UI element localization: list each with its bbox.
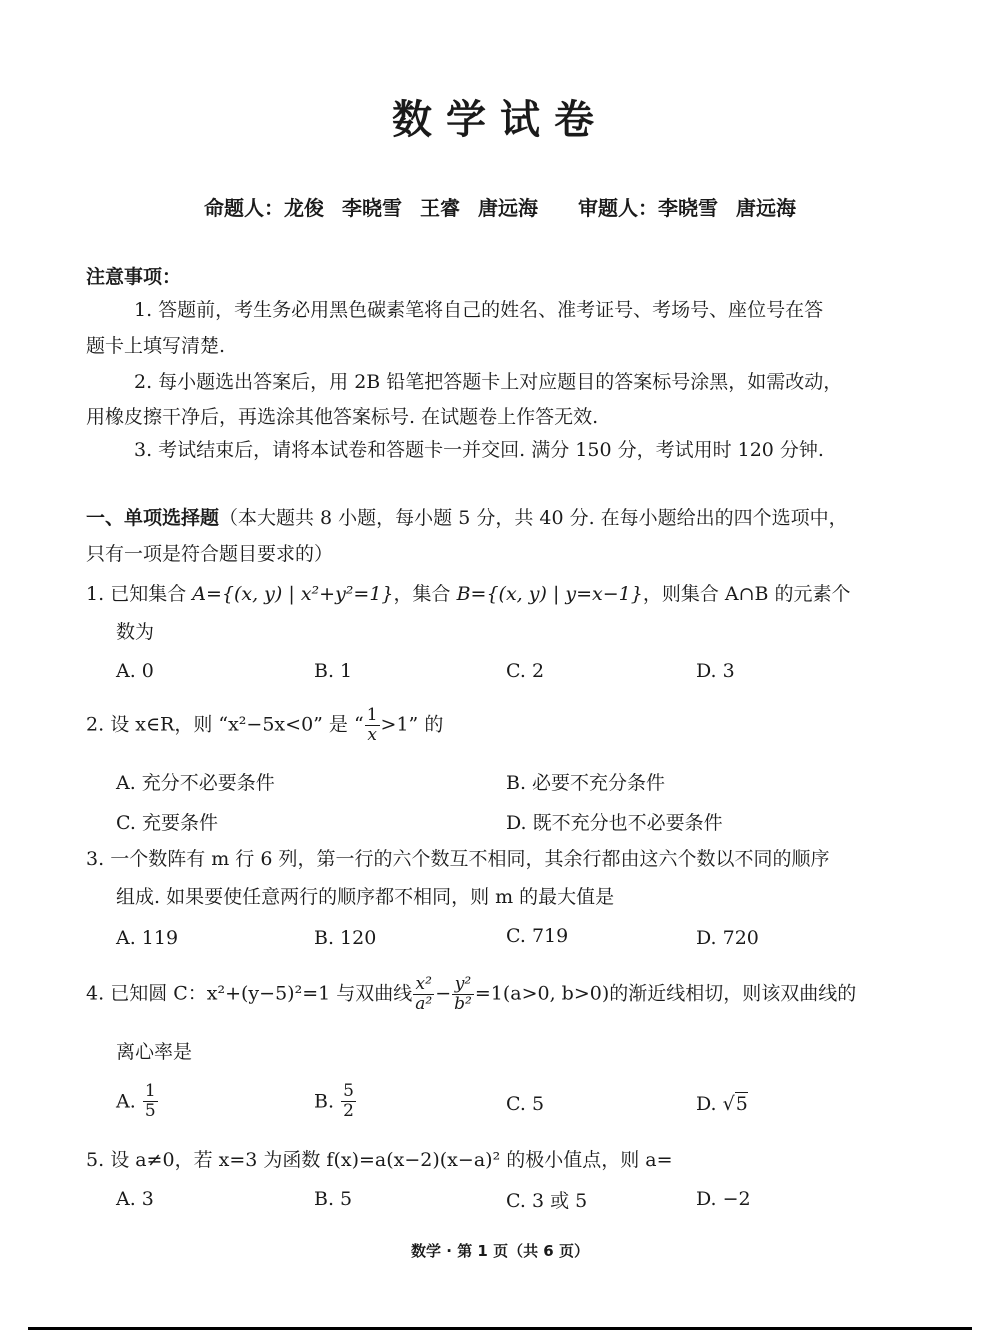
option-d: D. 720 [696,927,759,949]
option-a: A. 充分不必要条件 [116,768,275,795]
option-d: D. 既不充分也不必要条件 [506,808,723,835]
option-d: D. −2 [696,1188,751,1210]
option-b: B. 1 [314,660,352,682]
section-desc: （本大题共 8 小题，每小题 5 分，共 40 分. 在每小题给出的四个选项中， [219,507,848,529]
question-1: 1. 已知集合 A={(x, y) | x²+y²=1}，集合 B={(x, y… [86,584,851,604]
option-b: B. 必要不充分条件 [506,768,665,795]
fraction: x²a² [413,975,434,1014]
notice-item-1-line2: 题卡上填写清楚. [86,336,225,356]
option-b: B. 52 [314,1082,357,1121]
set-b: B={(x, y) | y=x−1} [457,583,643,605]
notice-item-1-line1: 1. 答题前，考生务必用黑色碳素笔将自己的姓名、准考证号、考场号、座位号在答 [134,300,823,320]
fraction: y²b² [452,975,474,1014]
exam-page: 数学试卷 命题人：龙俊李晓雪王睿唐远海审题人：李晓雪唐远海 注意事项： 1. 答… [0,0,1000,1333]
option-d: D. 3 [696,660,735,682]
notice-item-2-line1: 2. 每小题选出答案后，用 2B 铅笔把答题卡上对应题目的答案标号涂黑，如需改动… [134,372,842,392]
fraction: 52 [341,1082,356,1121]
option-a: A. 15 [116,1082,159,1121]
setter-name: 龙俊 [284,192,324,221]
option-a: A. 119 [116,927,178,949]
question-2: 2. 设 x∈R，则 “x²−5x<0” 是 “1x>1” 的 [86,706,443,745]
option-c: C. 3 或 5 [506,1186,587,1213]
question-3: 3. 一个数阵有 m 行 6 列，第一行的六个数互不相同，其余行都由这六个数以不… [86,849,829,869]
section-title: 一、单项选择题 [86,507,219,529]
question-3-line2: 组成. 如果要使任意两行的顺序都不相同，则 m 的最大值是 [116,887,614,907]
notice-item-3: 3. 考试结束后，请将本试卷和答题卡一并交回. 满分 150 分，考试用时 12… [134,440,824,460]
question-4-line2: 离心率是 [116,1042,192,1062]
bottom-rule [28,1327,972,1330]
question-4: 4. 已知圆 C：x²+(y−5)²=1 与双曲线x²a²−y²b²=1(a>0… [86,975,856,1014]
question-1-line2: 数为 [116,622,154,642]
setter-name: 王睿 [420,192,460,221]
condition-1: “x²−5x<0” [218,714,323,736]
page-title: 数学试卷 [0,88,1000,145]
sqrt-icon: √ [723,1093,735,1115]
option-b: B. 5 [314,1188,352,1210]
option-c: C. 2 [506,660,544,682]
option-a: A. 3 [116,1188,154,1210]
question-number: 3. [86,848,104,870]
option-c: C. 719 [506,925,568,947]
setter-label: 命题人： [204,192,284,221]
reviewer-name: 唐远海 [736,192,796,221]
option-c: C. 5 [506,1093,544,1115]
setter-name: 唐远海 [478,192,538,221]
set-a: A={(x, y) | x²+y²=1} [192,583,393,605]
option-c: C. 充要条件 [116,808,218,835]
option-d: D. √5 [696,1093,748,1115]
fraction: 1x [365,706,380,745]
option-a: A. 0 [116,660,154,682]
question-number: 2. [86,714,104,736]
setter-name: 李晓雪 [342,192,402,221]
reviewer-name: 李晓雪 [658,192,718,221]
reviewer-label: 审题人： [578,192,658,221]
question-5: 5. 设 a≠0，若 x=3 为函数 f(x)=a(x−2)(x−a)² 的极小… [86,1150,673,1170]
question-number: 5. [86,1149,104,1171]
option-b: B. 120 [314,927,376,949]
question-number: 4. [86,983,104,1005]
section-heading: 一、单项选择题（本大题共 8 小题，每小题 5 分，共 40 分. 在每小题给出… [86,508,848,528]
page-footer: 数学 · 第 1 页（共 6 页） [0,1240,1000,1261]
authors-line: 命题人：龙俊李晓雪王睿唐远海审题人：李晓雪唐远海 [0,192,1000,221]
notice-item-2-line2: 用橡皮擦干净后，再选涂其他答案标号. 在试题卷上作答无效. [86,407,598,427]
section-desc-line2: 只有一项是符合题目要求的） [86,544,333,564]
fraction: 15 [143,1082,158,1121]
notice-heading: 注意事项： [86,262,181,289]
condition-2: >1” [381,714,419,736]
question-number: 1. [86,583,104,605]
